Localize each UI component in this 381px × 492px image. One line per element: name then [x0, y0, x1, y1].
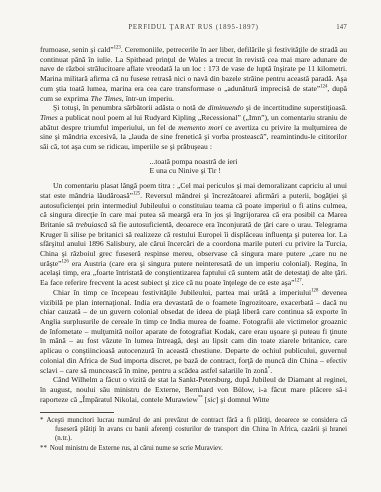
body-paragraph: Când Wilhelm a făcut o vizită de stat la…	[40, 375, 347, 404]
footnote-marker: **	[40, 445, 50, 452]
running-header: PERFIDUL ŢARAT RUS (1895-1897) 147	[40, 24, 347, 36]
book-page: PERFIDUL ŢARAT RUS (1895-1897) 147 frumo…	[0, 0, 381, 492]
footnotes: *Aceşti muncitori lucrau numărul de ani …	[40, 417, 347, 454]
running-header-title: PERFIDUL ŢARAT RUS (1895-1897)	[40, 24, 347, 31]
verse-quote: ...toată pompa noastră de ieri E una cu …	[150, 157, 238, 176]
verse-line: E una cu Ninive şi Tir !	[150, 166, 238, 176]
body-paragraph: Chiar în timp ce începeau festivităţile …	[40, 288, 347, 375]
footnote: *Aceşti muncitori lucrau numărul de ani …	[40, 417, 347, 444]
footnote-separator	[40, 412, 114, 413]
page-body: frumoase, senin şi cald”123. Ceremoniile…	[40, 45, 347, 404]
footnote-text: Noul ministru de Externe rus, al cărui n…	[50, 445, 223, 452]
body-paragraph: Un comentariu plasat lângă poem titra : …	[40, 181, 347, 288]
body-paragraph: Şi totuşi, în penumbra sărbătorii adăsta…	[40, 103, 347, 152]
verse-line: ...toată pompa noastră de ieri	[150, 157, 238, 167]
footnote: **Noul ministru de Externe rus, al cărui…	[40, 445, 347, 454]
page-number: 147	[336, 24, 347, 31]
footnote-text: Aceşti muncitori lucrau numărul de ani p…	[46, 417, 347, 442]
body-paragraph: frumoase, senin şi cald”123. Ceremoniile…	[40, 45, 347, 103]
